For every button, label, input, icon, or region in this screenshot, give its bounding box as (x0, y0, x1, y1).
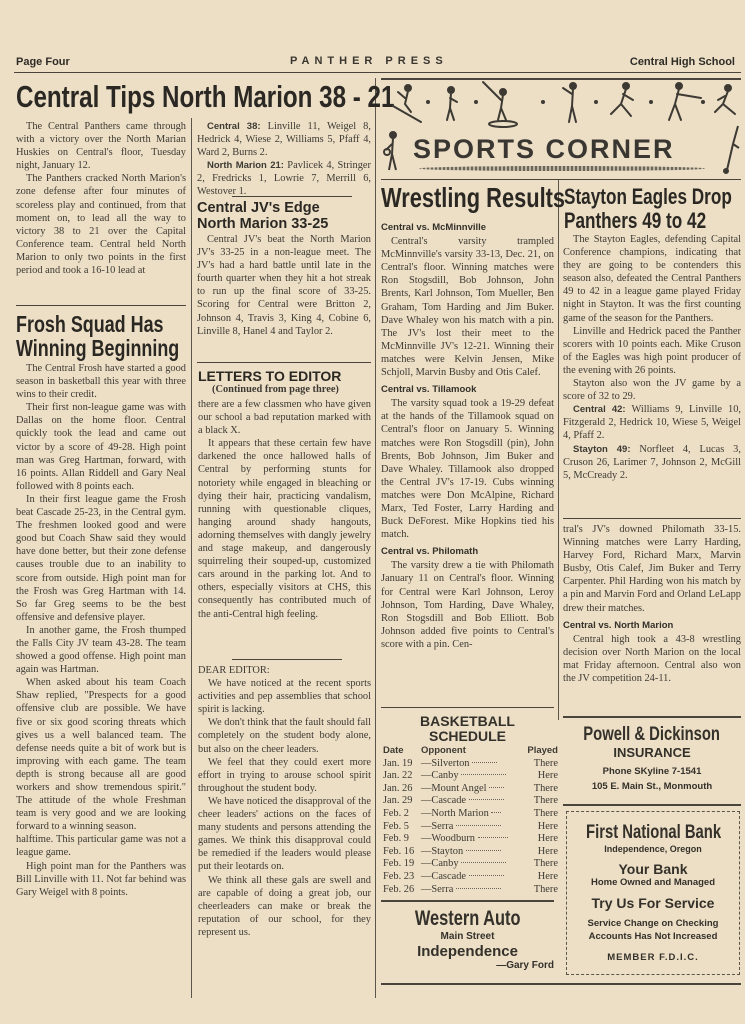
schedule-row: Feb. 5—Serra Here (383, 821, 558, 834)
article-jv: Central JV's beat the North Marion JV's … (197, 233, 371, 338)
paragraph: The Central Panthers came through with a… (16, 120, 186, 172)
schedule-played: Here (522, 770, 558, 783)
article-wrestling: Central vs. McMinnville Central's varsit… (381, 217, 554, 651)
masthead-rule (14, 72, 741, 73)
headline-letters: LETTERS TO EDITOR (198, 368, 341, 384)
schedule-date: Jan. 22 (383, 770, 421, 783)
ad-powell-dickinson: Powell & Dickinson INSURANCE Phone SKyli… (563, 724, 741, 793)
paragraph: Their first non-league game was with Dal… (16, 401, 186, 493)
schedule-row: Feb. 19—Canby There (383, 858, 558, 871)
schedule-date: Feb. 2 (383, 808, 421, 821)
schedule-played: Here (522, 821, 558, 834)
schedule-opponent: —Serra (421, 884, 522, 897)
schedule-date: Feb. 26 (383, 884, 421, 897)
schedule-opponent: —Serra (421, 821, 522, 834)
headline-stayton: Stayton Eagles Drop Panthers 49 to 42 (564, 185, 732, 233)
column-rule (558, 180, 559, 720)
article-letters: there are a few classmen who have given … (198, 398, 371, 621)
newspaper-title: PANTHER PRESS (290, 55, 448, 67)
schedule-opponent: —Mount Angel (421, 783, 522, 796)
article-central-tips: The Central Panthers came through with a… (16, 120, 186, 277)
divider (16, 305, 186, 306)
paragraph: The Central Frosh have started a good se… (16, 362, 186, 401)
box-score-central-tips: Central 38: Linville 11, Weigel 8, Hedri… (197, 120, 371, 199)
headline-frosh: Frosh Squad Has Winning Beginning (16, 312, 179, 360)
divider (381, 900, 554, 902)
schedule-opponent: —Canby (421, 858, 522, 871)
article-stayton: The Stayton Eagles, defending Capital Co… (563, 233, 741, 482)
schedule-row: Jan. 29—Cascade There (383, 795, 558, 808)
bottom-rule (381, 983, 741, 985)
schedule-played: There (522, 758, 558, 771)
sports-figures-icon (383, 80, 741, 130)
schedule-title: BASKETBALL SCHEDULE (381, 714, 554, 744)
paragraph: halftime. This particular game was not a… (16, 833, 186, 859)
sports-corner-banner: SPORTS CORNER (383, 80, 741, 177)
schedule-played: There (522, 884, 558, 897)
schedule-date: Jan. 19 (383, 758, 421, 771)
divider (563, 804, 741, 806)
headline-jv: Central JV's Edge North Marion 33-25 (197, 200, 328, 232)
ad-first-national-bank: First National Bank Independence, Oregon… (566, 811, 740, 975)
schedule-played: Here (522, 833, 558, 846)
schedule-date: Feb. 9 (383, 833, 421, 846)
schedule-row: Feb. 2—North Marion There (383, 808, 558, 821)
schedule-date: Feb. 19 (383, 858, 421, 871)
schedule-played: There (522, 783, 558, 796)
schedule-date: Feb. 23 (383, 871, 421, 884)
paragraph: When asked about his team Coach Shaw rep… (16, 676, 186, 833)
schedule-date: Feb. 16 (383, 846, 421, 859)
schedule-row: Jan. 26—Mount Angel There (383, 783, 558, 796)
schedule-opponent: —Canby (421, 770, 522, 783)
school-name: Central High School (630, 56, 735, 68)
schedule-row: Jan. 22—Canby Here (383, 770, 558, 783)
subhead: Central vs. Tillamook (381, 383, 554, 396)
schedule-played: Here (522, 846, 558, 859)
schedule-opponent: —Cascade (421, 795, 522, 808)
schedule-row: Feb. 9—Woodburn Here (383, 833, 558, 846)
schedule-date: Feb. 5 (383, 821, 421, 834)
schedule-row: Feb. 16—Stayton Here (383, 846, 558, 859)
article-frosh: The Central Frosh have started a good se… (16, 362, 186, 899)
paragraph: The Panthers cracked North Marion's zone… (16, 172, 186, 277)
headline-wrestling: Wrestling Results (381, 183, 565, 213)
schedule-date: Jan. 26 (383, 783, 421, 796)
sports-corner-title: SPORTS CORNER (413, 134, 675, 165)
divider (197, 362, 371, 363)
divider (232, 659, 342, 660)
subhead: Central vs. North Marion (563, 619, 741, 632)
banner-bottom-rule (381, 179, 741, 180)
schedule-opponent: —Stayton (421, 846, 522, 859)
paragraph: In their first league game the Frosh bea… (16, 493, 186, 624)
divider (563, 716, 741, 718)
article-wrestling-continued: tral's JV's downed Philomath 33-15. Winn… (563, 523, 741, 685)
schedule-row: Feb. 26—Serra There (383, 884, 558, 897)
subhead: Central vs. Philomath (381, 545, 554, 558)
schedule-date: Jan. 29 (383, 795, 421, 808)
divider (232, 196, 352, 197)
continued-note: (Continued from page three) (212, 384, 339, 395)
basketball-schedule: Date Opponent Played Jan. 19—Silverton T… (383, 745, 558, 896)
schedule-played: There (522, 808, 558, 821)
page-number: Page Four (16, 56, 70, 68)
basketball-player-icon (383, 130, 403, 174)
schedule-row: Jan. 19—Silverton There (383, 758, 558, 771)
paragraph: Central JV's beat the North Marion JV's … (197, 233, 371, 338)
diver-icon (721, 124, 741, 174)
schedule-played: There (522, 858, 558, 871)
column-rule (191, 118, 192, 998)
paragraph: In another game, the Frosh thumped the F… (16, 624, 186, 676)
schedule-opponent: —North Marion (421, 808, 522, 821)
schedule-opponent: —Silverton (421, 758, 522, 771)
column-rule (375, 78, 376, 998)
schedule-opponent: —Cascade (421, 871, 522, 884)
schedule-played: There (522, 795, 558, 808)
divider (381, 707, 554, 708)
ad-western-auto: Western Auto Main Street Independence —G… (381, 908, 554, 971)
article-letter-2: DEAR EDITOR: We have noticed at the rece… (198, 664, 371, 939)
divider (563, 518, 741, 519)
schedule-row: Feb. 23—Cascade Here (383, 871, 558, 884)
schedule-opponent: —Woodburn (421, 833, 522, 846)
schedule-played: Here (522, 871, 558, 884)
subhead: Central vs. McMinnville (381, 221, 554, 234)
headline-central-tips: Central Tips North Marion 38 - 21 (16, 80, 394, 114)
banner-swoosh (419, 166, 705, 171)
paragraph: High point man for the Panthers was Bill… (16, 860, 186, 899)
